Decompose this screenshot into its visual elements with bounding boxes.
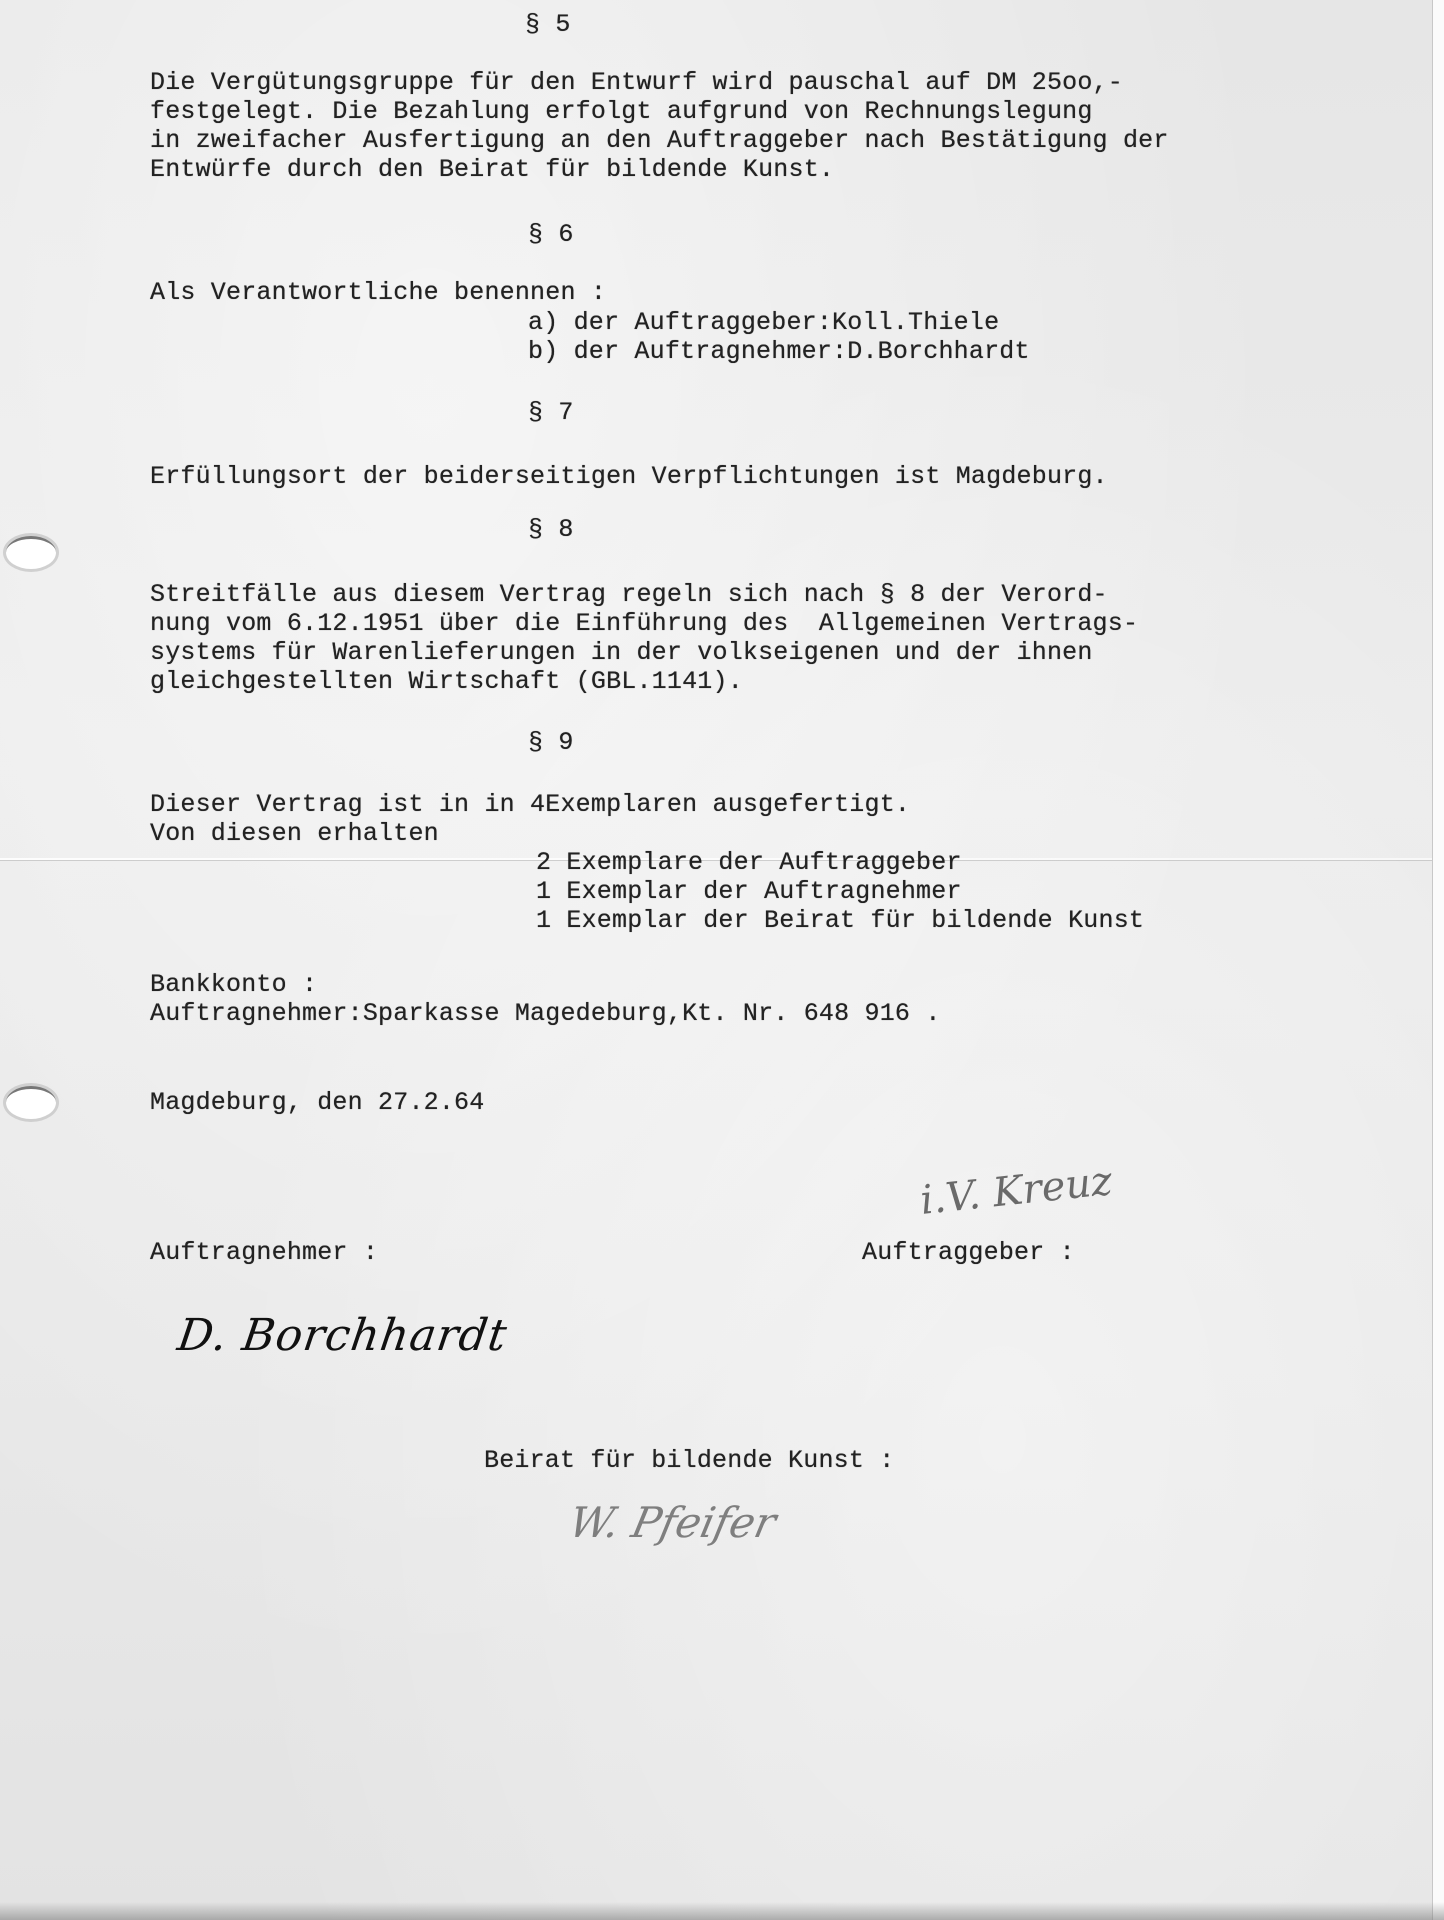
paragraph-line: nung vom 6.12.1951 über die Einführung d… xyxy=(150,609,1138,639)
contractor-label: Auftragnehmer : xyxy=(150,1238,378,1268)
paragraph-line: festgelegt. Die Bezahlung erfolgt aufgru… xyxy=(150,97,1093,127)
paragraph-line: Von diesen erhalten xyxy=(150,819,439,849)
section-heading: § 5 xyxy=(525,10,571,40)
paper-curl xyxy=(0,1902,1444,1920)
paragraph-line: Dieser Vertrag ist in in 4Exemplaren aus… xyxy=(150,790,910,820)
paragraph-line: Erfüllungsort der beiderseitigen Verpfli… xyxy=(150,462,1108,492)
contractor-signature: D. Borchhardt xyxy=(174,1310,510,1361)
punch-hole xyxy=(6,1086,56,1119)
section-heading: § 8 xyxy=(528,515,574,545)
section-heading: § 6 xyxy=(528,220,574,250)
place-date: Magdeburg, den 27.2.64 xyxy=(150,1088,484,1118)
paragraph-line: gleichgestellten Wirtschaft (GBL.1141). xyxy=(150,667,743,697)
list-item: a) der Auftraggeber:Koll.Thiele xyxy=(528,308,999,338)
bank-label: Bankkonto : xyxy=(150,970,317,1000)
paragraph-line: Die Vergütungsgruppe für den Entwurf wir… xyxy=(150,68,1123,98)
client-label: Auftraggeber : xyxy=(862,1238,1075,1268)
council-signature: W. Pfeifer xyxy=(565,1498,781,1547)
bank-account: Auftragnehmer:Sparkasse Magedeburg,Kt. N… xyxy=(150,999,941,1029)
council-label: Beirat für bildende Kunst : xyxy=(484,1446,894,1476)
list-item: b) der Auftragnehmer:D.Borchhardt xyxy=(528,337,1030,367)
paragraph-line: Entwürfe durch den Beirat für bildende K… xyxy=(150,155,834,185)
list-item: 2 Exemplare der Auftraggeber xyxy=(536,848,962,878)
paragraph-line: Streitfälle aus diesem Vertrag regeln si… xyxy=(150,580,1108,610)
section-heading: § 9 xyxy=(528,728,574,758)
section-heading: § 7 xyxy=(528,398,574,428)
paragraph-line: Als Verantwortliche benennen : xyxy=(150,278,606,308)
list-item: 1 Exemplar der Beirat für bildende Kunst xyxy=(536,906,1144,936)
punch-hole xyxy=(6,536,56,569)
list-item: 1 Exemplar der Auftragnehmer xyxy=(536,877,962,907)
paragraph-line: systems für Warenlieferungen in der volk… xyxy=(150,638,1093,668)
paragraph-line: in zweifacher Ausfertigung an den Auftra… xyxy=(150,126,1169,156)
